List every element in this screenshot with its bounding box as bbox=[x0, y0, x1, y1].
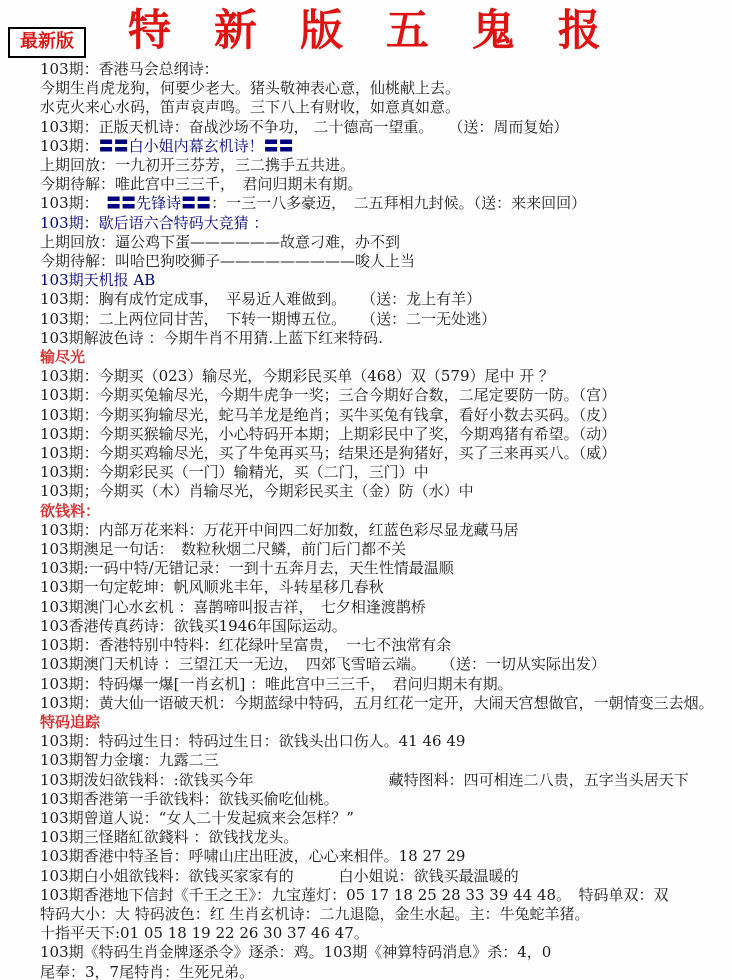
report-line: 103期：〓〓白小姐内幕玄机诗！〓〓 bbox=[40, 137, 726, 156]
report-line-segment: 103香港传真药诗：欲钱买1946年国际运动。 bbox=[40, 617, 347, 635]
report-line-segment: 103期澳足一句话： 数粒秋烟二尺鳞，前门后门都不关 bbox=[40, 540, 406, 558]
report-line: 103期：香港特别中特料：红花绿叶呈富贵， 一七不浊常有余 bbox=[40, 636, 726, 655]
report-line: 103期智力金壤：九露二三 bbox=[40, 751, 726, 770]
latest-edition-badge: 最新版 bbox=[8, 27, 86, 58]
report-line-segment: 103期澳门天机诗 ：三望江天一无边， 四郊飞雪暗云端。 （送：一切从实际出发） bbox=[40, 655, 606, 673]
report-line-segment: 103期：今期买兔输尽光，今期牛虎争一奖；三合今期好合数，二尾定要防一防。（宫） bbox=[40, 386, 616, 404]
report-line: 103期：正版天机诗：奋战沙场不争功， 二十德高一望重。 （送：周而复始） bbox=[40, 118, 726, 137]
report-line-segment: 103期智力金壤：九露二三 bbox=[40, 751, 219, 769]
report-line-segment: 103期曾道人说：“女人二十发起疯来会怎样？” bbox=[40, 809, 354, 827]
report-line-segment: 103期：香港马会总纲诗： bbox=[40, 60, 219, 78]
report-line: 103期解波色诗 ：今期牛肖不用猜.上蓝下红来特码. bbox=[40, 329, 726, 348]
report-line: 103香港传真药诗：欲钱买1946年国际运动。 bbox=[40, 617, 726, 636]
report-line: 103期:一码中特/无错记录：一到十五奔月去，天生性情最温顺 bbox=[40, 559, 726, 578]
report-line-segment: 103期解波色诗 ：今期牛肖不用猜.上蓝下红来特码. bbox=[40, 329, 383, 347]
report-line: 103期：特码爆一爆[一肖玄机] ：唯此宫中三三千， 君问归期未有期。 bbox=[40, 675, 726, 694]
report-line: 103期香港中特圣旨：呼啸山庄出旺波，心心来相伴。18 27 29 bbox=[40, 847, 726, 866]
report-line: 今期待解：叫哈巴狗咬狮子—————————唆人上当 bbox=[40, 252, 726, 271]
report-line-segment: 今期待解：叫哈巴狗咬狮子—————————唆人上当 bbox=[40, 252, 415, 270]
report-line: 103期白小姐欲钱料：欲钱买家家有的 白小姐说：欲钱买最温暖的 bbox=[40, 867, 726, 886]
report-line: 103期香港地下信封《千王之王》：九宝莲灯：05 17 18 25 28 33 … bbox=[40, 886, 726, 905]
report-line: 尾奉：3，7尾特肖：生死兄弟。 bbox=[40, 963, 726, 980]
report-line: 103期澳足一句话： 数粒秋烟二尺鳞，前门后门都不关 bbox=[40, 540, 726, 559]
report-line-segment: 103期：今期买狗输尽光，蛇马羊龙是绝肖；买牛买兔有钱拿，看好小数去买码。（皮） bbox=[40, 406, 616, 424]
report-line-segment: 103期：今期彩民买（一门）输精光，买（二门，三门）中 bbox=[40, 463, 429, 481]
report-line: 特码追踪 bbox=[40, 713, 726, 732]
report-line: 上期回放：逼公鸡下蛋——————故意刁难，办不到 bbox=[40, 233, 726, 252]
five-ghost-report-page: 最新版 特 新 版 五 鬼 报 103期：香港马会总纲诗：今期生肖虎龙狗，何要少… bbox=[0, 0, 732, 980]
report-line: 103期：今期买兔输尽光，今期牛虎争一奖；三合今期好合数，二尾定要防一防。（宫） bbox=[40, 386, 726, 405]
report-line-segment: 103期香港地下信封《千王之王》：九宝莲灯：05 17 18 25 28 33 … bbox=[40, 886, 669, 904]
report-line: 103期：黄大仙一语破天机：今期蓝绿中特码，五月红花一定开，大闹天宫想做官，一朝… bbox=[40, 694, 726, 713]
report-line-segment: 103期： bbox=[40, 194, 106, 212]
report-line-segment: 〓〓白小姐内幕玄机诗！〓〓 bbox=[99, 137, 294, 155]
report-line-segment: 103期香港中特圣旨：呼啸山庄出旺波，心心来相伴。18 27 29 bbox=[40, 847, 465, 865]
report-line-segment: 103期澳门心水玄机 ：喜鹊啼叫报吉祥， 七夕相逢渡鹊桥 bbox=[40, 598, 426, 616]
report-line-segment: 103期：胸有成竹定成事， 平易近人难做到。 （送：龙上有羊） bbox=[40, 290, 481, 308]
report-line-segment: 103期： bbox=[40, 137, 99, 155]
report-line-segment: 103期：黄大仙一语破天机：今期蓝绿中特码，五月红花一定开，大闹天宫想做官，一朝… bbox=[40, 694, 714, 712]
report-line-segment: 103期《特码生肖金牌逐杀令》逐杀：鸡。103期《神算特码消息》杀：4，0 bbox=[40, 943, 551, 961]
report-line-segment: 今期待解：唯此宫中三三千， 君问归期未有期。 bbox=[40, 175, 363, 193]
report-line-segment: ：一三一八多豪迈， 二五拜相九封候。（送：来来回回） bbox=[211, 194, 586, 212]
report-line: 103期；今期买（木）肖输尽光，今期彩民买主（金）防（水）中 bbox=[40, 482, 726, 501]
report-line-segment: 103期天机报 AB bbox=[40, 271, 155, 289]
report-line-segment: 103期：香港特别中特料：红花绿叶呈富贵， 一七不浊常有余 bbox=[40, 636, 451, 654]
report-line: 输尽光 bbox=[40, 348, 726, 367]
report-line: 103期：特码过生日：特码过生日：欲钱头出口伤人。41 46 49 bbox=[40, 732, 726, 751]
report-body: 103期：香港马会总纲诗：今期生肖虎龙狗，何要少老大。猪头敬神表心意，仙桃献上去… bbox=[0, 58, 732, 980]
report-line-segment: 103期；今期买（木）肖输尽光，今期彩民买主（金）防（水）中 bbox=[40, 482, 474, 500]
report-line-segment: 103期：今期买鸡输尽光，买了牛兔再买马；结果还是狗猪好，买了三来再买八。（威） bbox=[40, 444, 616, 462]
report-line-segment: 103期：内部万花来料：万花开中间四二好加数，红蓝色彩尽显龙藏马居 bbox=[40, 521, 519, 539]
report-line: 103期香港第一手欲钱料：欲钱买偷吃仙桃。 bbox=[40, 790, 726, 809]
report-line: 上期回放：一九初开三芬芳，三二携手五共进。 bbox=[40, 156, 726, 175]
report-line: 103期：今期买鸡输尽光，买了牛兔再买马；结果还是狗猪好，买了三来再买八。（威） bbox=[40, 444, 726, 463]
report-line: 103期泼妇欲钱料：:欲钱买今年 藏特图料：四可相连二八贵，五字当头居天下 bbox=[40, 771, 726, 790]
report-title: 特 新 版 五 鬼 报 bbox=[0, 0, 732, 56]
report-line: 103期： 〓〓先锋诗〓〓：一三一八多豪迈， 二五拜相九封候。（送：来来回回） bbox=[40, 194, 726, 213]
report-line-segment: 103期:一码中特/无错记录：一到十五奔月去，天生性情最温顺 bbox=[40, 559, 454, 577]
report-line-segment: 103期：歇后语六合特码大竞猜 ： bbox=[40, 214, 268, 232]
report-line: 103期：今期彩民买（一门）输精光，买（二门，三门）中 bbox=[40, 463, 726, 482]
report-line-segment: 103期：二上两位同甘苦， 下转一期博五位。 （送：二一无处逃） bbox=[40, 310, 496, 328]
report-line-segment: 上期回放：一九初开三芬芳，三二携手五共进。 bbox=[40, 156, 355, 174]
report-line: 103期：香港马会总纲诗： bbox=[40, 60, 726, 79]
report-line: 103期：胸有成竹定成事， 平易近人难做到。 （送：龙上有羊） bbox=[40, 290, 726, 309]
report-line-segment: 103期香港第一手欲钱料：欲钱买偷吃仙桃。 bbox=[40, 790, 339, 808]
report-line-segment: 特码大小：大 特码波色：红 生肖玄机诗：二九退隐，金生水起。主：牛兔蛇羊猪。 bbox=[40, 905, 590, 923]
report-line: 今期待解：唯此宫中三三千， 君问归期未有期。 bbox=[40, 175, 726, 194]
report-line-segment: 尾奉：3，7尾特肖：生死兄弟。 bbox=[40, 963, 254, 980]
report-line: 103期一句定乾坤：帆风顺兆丰年，斗转星移几春秋 bbox=[40, 578, 726, 597]
report-line: 103期《特码生肖金牌逐杀令》逐杀：鸡。103期《神算特码消息》杀：4，0 bbox=[40, 943, 726, 962]
report-line-segment: 103期：正版天机诗：奋战沙场不争功， 二十德高一望重。 （送：周而复始） bbox=[40, 118, 568, 136]
report-line: 103期：今期买（023）输尽光，今期彩民买单（468）双（579）尾中 开 ？ bbox=[40, 367, 726, 386]
report-line-segment: 十指平天下:01 05 18 19 22 26 30 37 46 47。 bbox=[40, 924, 369, 942]
report-line-segment: 欲钱料： bbox=[40, 502, 100, 520]
report-line: 十指平天下:01 05 18 19 22 26 30 37 46 47。 bbox=[40, 924, 726, 943]
report-line-segment: 今期生肖虎龙狗，何要少老大。猪头敬神表心意，仙桃献上去。 bbox=[40, 79, 460, 97]
report-line-segment: 103期：特码过生日：特码过生日：欲钱头出口伤人。41 46 49 bbox=[40, 732, 465, 750]
report-line-segment: 103期一句定乾坤：帆风顺兆丰年，斗转星移几春秋 bbox=[40, 578, 384, 596]
report-line: 水克火来心水码，笛声哀声鸣。三下八上有财收，如意真如意。 bbox=[40, 98, 726, 117]
report-line-segment: 103期泼妇欲钱料：:欲钱买今年 藏特图料：四可相连二八贵，五字当头居天下 bbox=[40, 771, 689, 789]
report-line-segment: 103期：今期买（023）输尽光，今期彩民买单（468）双（579）尾中 开 ？ bbox=[40, 367, 554, 385]
report-line: 103期：歇后语六合特码大竞猜 ： bbox=[40, 214, 726, 233]
report-header: 最新版 特 新 版 五 鬼 报 bbox=[0, 0, 732, 58]
report-line-segment: 103期：今期买猴输尽光，小心特码开本期；上期彩民中了奖，今期鸡猪有希望。（动） bbox=[40, 425, 616, 443]
report-line-segment: 上期回放：逼公鸡下蛋——————故意刁难，办不到 bbox=[40, 233, 400, 251]
report-line: 103期曾道人说：“女人二十发起疯来会怎样？” bbox=[40, 809, 726, 828]
report-line: 103期：内部万花来料：万花开中间四二好加数，红蓝色彩尽显龙藏马居 bbox=[40, 521, 726, 540]
report-line-segment: 103期白小姐欲钱料：欲钱买家家有的 白小姐说：欲钱买最温暖的 bbox=[40, 867, 519, 885]
report-line: 103期：今期买狗输尽光，蛇马羊龙是绝肖；买牛买兔有钱拿，看好小数去买码。（皮） bbox=[40, 406, 726, 425]
report-line: 103期：二上两位同甘苦， 下转一期博五位。 （送：二一无处逃） bbox=[40, 310, 726, 329]
report-line-segment: 特码追踪 bbox=[40, 713, 100, 731]
report-line: 特码大小：大 特码波色：红 生肖玄机诗：二九退隐，金生水起。主：牛兔蛇羊猪。 bbox=[40, 905, 726, 924]
report-line: 103期天机报 AB bbox=[40, 271, 726, 290]
report-line: 今期生肖虎龙狗，何要少老大。猪头敬神表心意，仙桃献上去。 bbox=[40, 79, 726, 98]
report-line-segment: 103期：特码爆一爆[一肖玄机] ：唯此宫中三三千， 君问归期未有期。 bbox=[40, 675, 513, 693]
report-line: 103期：今期买猴输尽光，小心特码开本期；上期彩民中了奖，今期鸡猪有希望。（动） bbox=[40, 425, 726, 444]
report-line: 103期三怪賭紅欲錢料 ：欲钱找龙头。 bbox=[40, 828, 726, 847]
report-line: 103期澳门天机诗 ：三望江天一无边， 四郊飞雪暗云端。 （送：一切从实际出发） bbox=[40, 655, 726, 674]
report-line-segment: 〓〓先锋诗〓〓 bbox=[106, 194, 211, 212]
report-line-segment: 输尽光 bbox=[40, 348, 85, 366]
report-line: 欲钱料： bbox=[40, 502, 726, 521]
report-line-segment: 水克火来心水码，笛声哀声鸣。三下八上有财收，如意真如意。 bbox=[40, 98, 460, 116]
report-line-segment: 103期三怪賭紅欲錢料 ：欲钱找龙头。 bbox=[40, 828, 298, 846]
report-line: 103期澳门心水玄机 ：喜鹊啼叫报吉祥， 七夕相逢渡鹊桥 bbox=[40, 598, 726, 617]
